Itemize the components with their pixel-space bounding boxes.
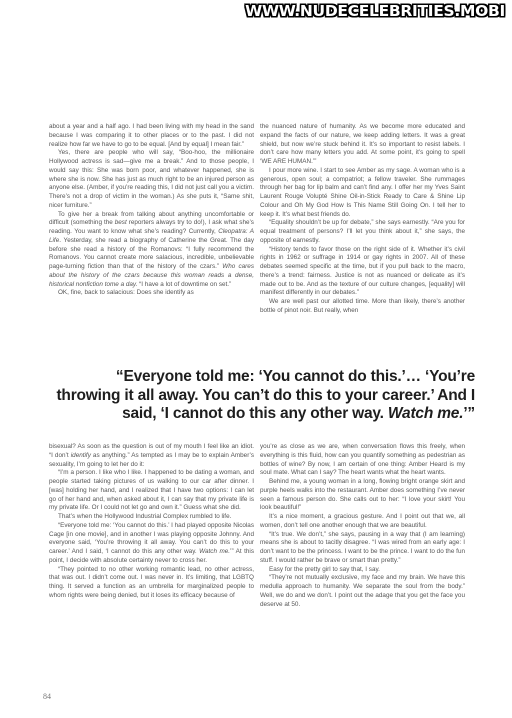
article-column-3: bisexual? As soon as the question is out… bbox=[49, 443, 254, 601]
article-column-1: about a year and a half ago. I had been … bbox=[49, 123, 254, 298]
page-number: 84 bbox=[43, 692, 51, 701]
paragraph: the nuanced nature of humanity. As we be… bbox=[260, 123, 465, 167]
watermark-text: WWW.NUDECELEBRITIES.MOBI bbox=[245, 2, 505, 20]
paragraph: “I’m a person. I like who I like. I happ… bbox=[49, 469, 254, 513]
paragraph: We are well past our allotted time. More… bbox=[260, 298, 465, 316]
article-column-2: the nuanced nature of humanity. As we be… bbox=[260, 123, 465, 316]
pull-quote: “Everyone told me: ‘You cannot do this.’… bbox=[55, 368, 475, 424]
paragraph: “History tends to favor those on the rig… bbox=[260, 246, 465, 299]
paragraph: OK, fine, back to salacious: Does she id… bbox=[49, 289, 254, 298]
paragraph: I pour more wine. I start to see Amber a… bbox=[260, 167, 465, 220]
paragraph: That’s when the Hollywood Industrial Com… bbox=[49, 513, 254, 522]
paragraph: To give her a break from talking about a… bbox=[49, 211, 254, 290]
paragraph: Behind me, a young woman in a long, flow… bbox=[260, 478, 465, 513]
paragraph: bisexual? As soon as the question is out… bbox=[49, 443, 254, 469]
paragraph: you’re as close as we are, when conversa… bbox=[260, 443, 465, 478]
paragraph: It’s a nice moment, a gracious gesture. … bbox=[260, 513, 465, 531]
paragraph: “They’re not mutually exclusive, my face… bbox=[260, 574, 465, 609]
paragraph: Easy for the pretty girl to say that, I … bbox=[260, 566, 465, 575]
paragraph: “Equality shouldn’t be up for debate,” s… bbox=[260, 219, 465, 245]
article-column-4: you’re as close as we are, when conversa… bbox=[260, 443, 465, 609]
paragraph: about a year and a half ago. I had been … bbox=[49, 123, 254, 149]
paragraph: Yes, there are people who will say, “Boo… bbox=[49, 149, 254, 210]
paragraph: “They pointed to no other working romant… bbox=[49, 566, 254, 601]
paragraph: “It’s true. We don’t,” she says, pausing… bbox=[260, 531, 465, 566]
paragraph: “Everyone told me: ‘You cannot do this.’… bbox=[49, 522, 254, 566]
